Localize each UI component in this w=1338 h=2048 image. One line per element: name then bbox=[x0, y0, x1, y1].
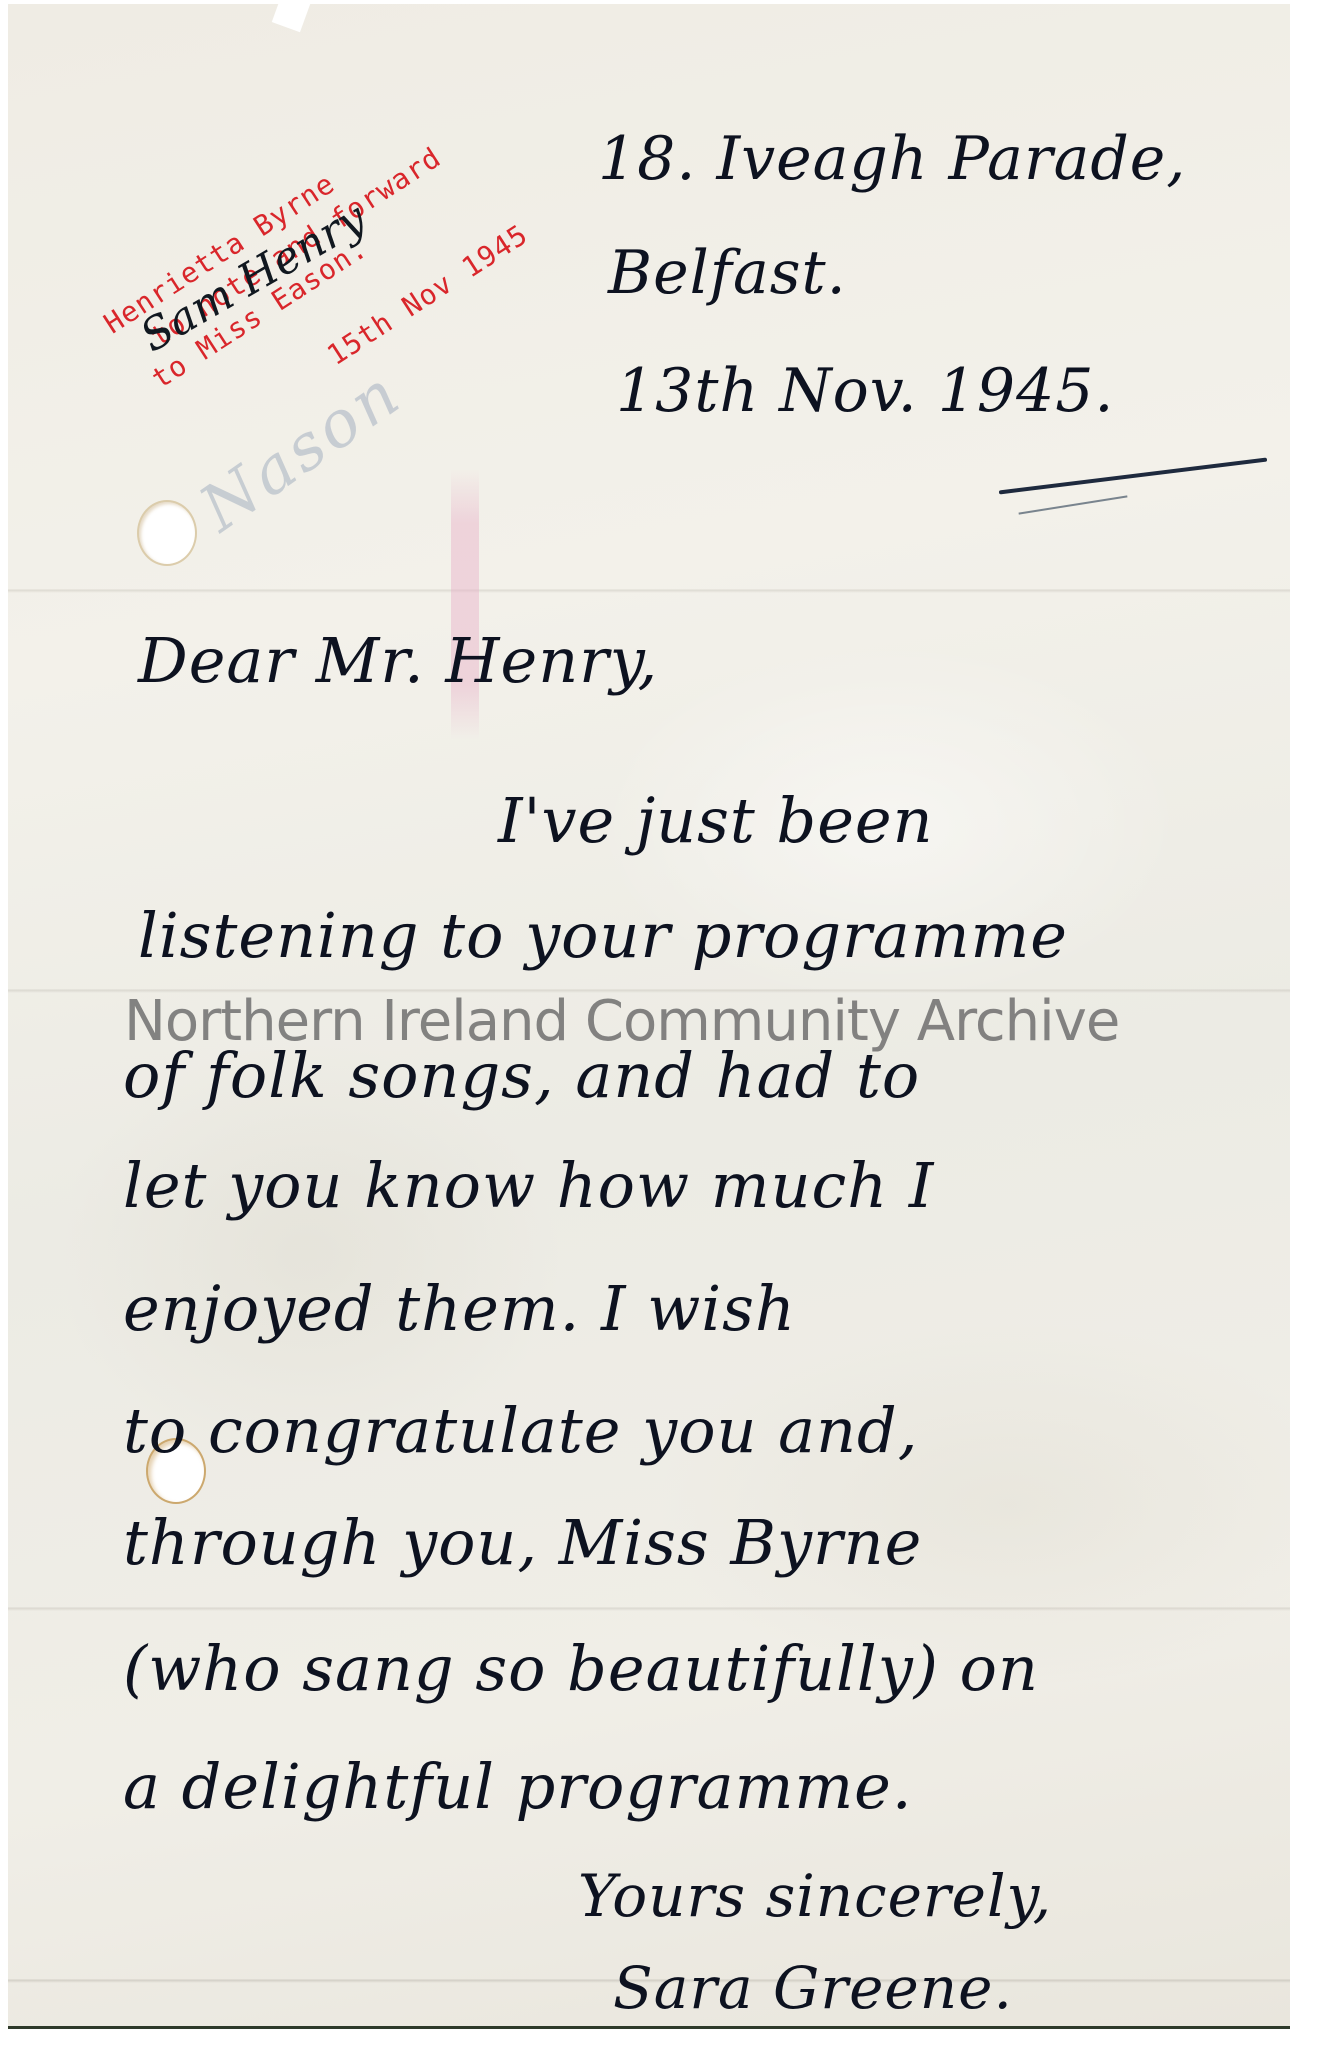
date-underline-secondary bbox=[1019, 495, 1128, 514]
signature: Sara Greene. bbox=[613, 1954, 1013, 2022]
archive-watermark: Northern Ireland Community Archive bbox=[124, 989, 1119, 1054]
salutation: Dear Mr. Henry, bbox=[138, 624, 658, 697]
pink-stain bbox=[451, 469, 479, 739]
closing: Yours sincerely, bbox=[578, 1862, 1052, 1930]
date-underline bbox=[999, 458, 1267, 495]
body-line: (who sang so beautifully) on bbox=[123, 1632, 1039, 1705]
torn-notch bbox=[272, 0, 310, 32]
letter-paper: Nason Henrietta Byrne to note and forwar… bbox=[8, 4, 1290, 2026]
body-line: let you know how much I bbox=[123, 1149, 934, 1222]
body-line: enjoyed them. I wish bbox=[123, 1272, 796, 1345]
body-line: listening to your programme bbox=[138, 899, 1068, 972]
body-line: to congratulate you and, bbox=[123, 1394, 918, 1467]
punch-hole-icon bbox=[139, 502, 195, 564]
letter-date: 13th Nov. 1945. bbox=[616, 356, 1115, 426]
address-line-2: Belfast. bbox=[608, 238, 847, 308]
body-line: I've just been bbox=[498, 784, 934, 857]
address-line-1: 18. Iveagh Parade, bbox=[598, 124, 1186, 194]
body-line: a delightful programme. bbox=[123, 1750, 913, 1823]
body-line: through you, Miss Byrne bbox=[123, 1506, 922, 1579]
